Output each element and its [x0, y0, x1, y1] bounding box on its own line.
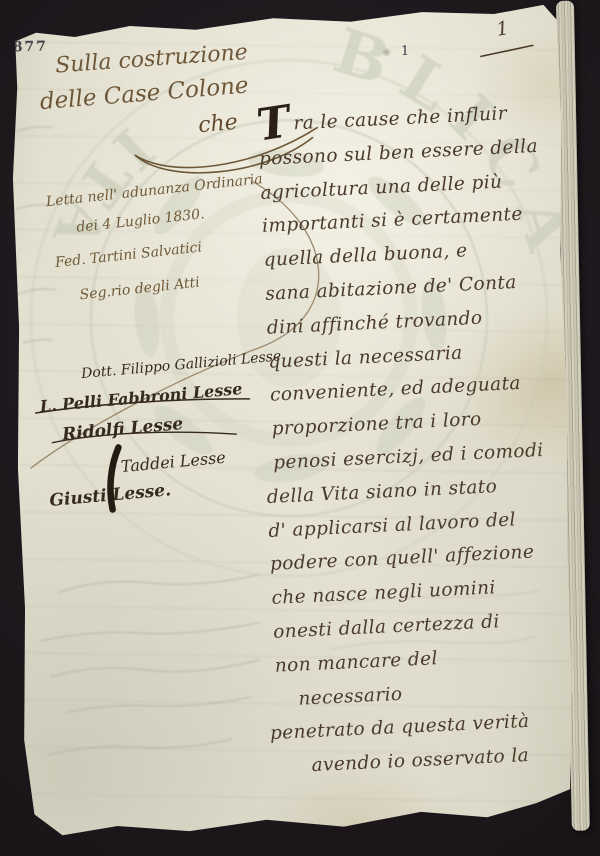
archive-number-stamp: 877 [13, 39, 49, 56]
drop-cap: T [256, 112, 292, 137]
book-page: BLICA ITA [8, 0, 586, 847]
printed-page-number: 1 [401, 44, 410, 59]
manuscript-scan: BLICA ITA [0, 0, 600, 856]
manuscript-page: BLICA ITA [8, 3, 576, 839]
title-line-3: che [197, 110, 239, 138]
memoir-body: Tra le cause che influir possono sul ben… [257, 95, 589, 784]
folio-underline-stroke [479, 43, 537, 58]
